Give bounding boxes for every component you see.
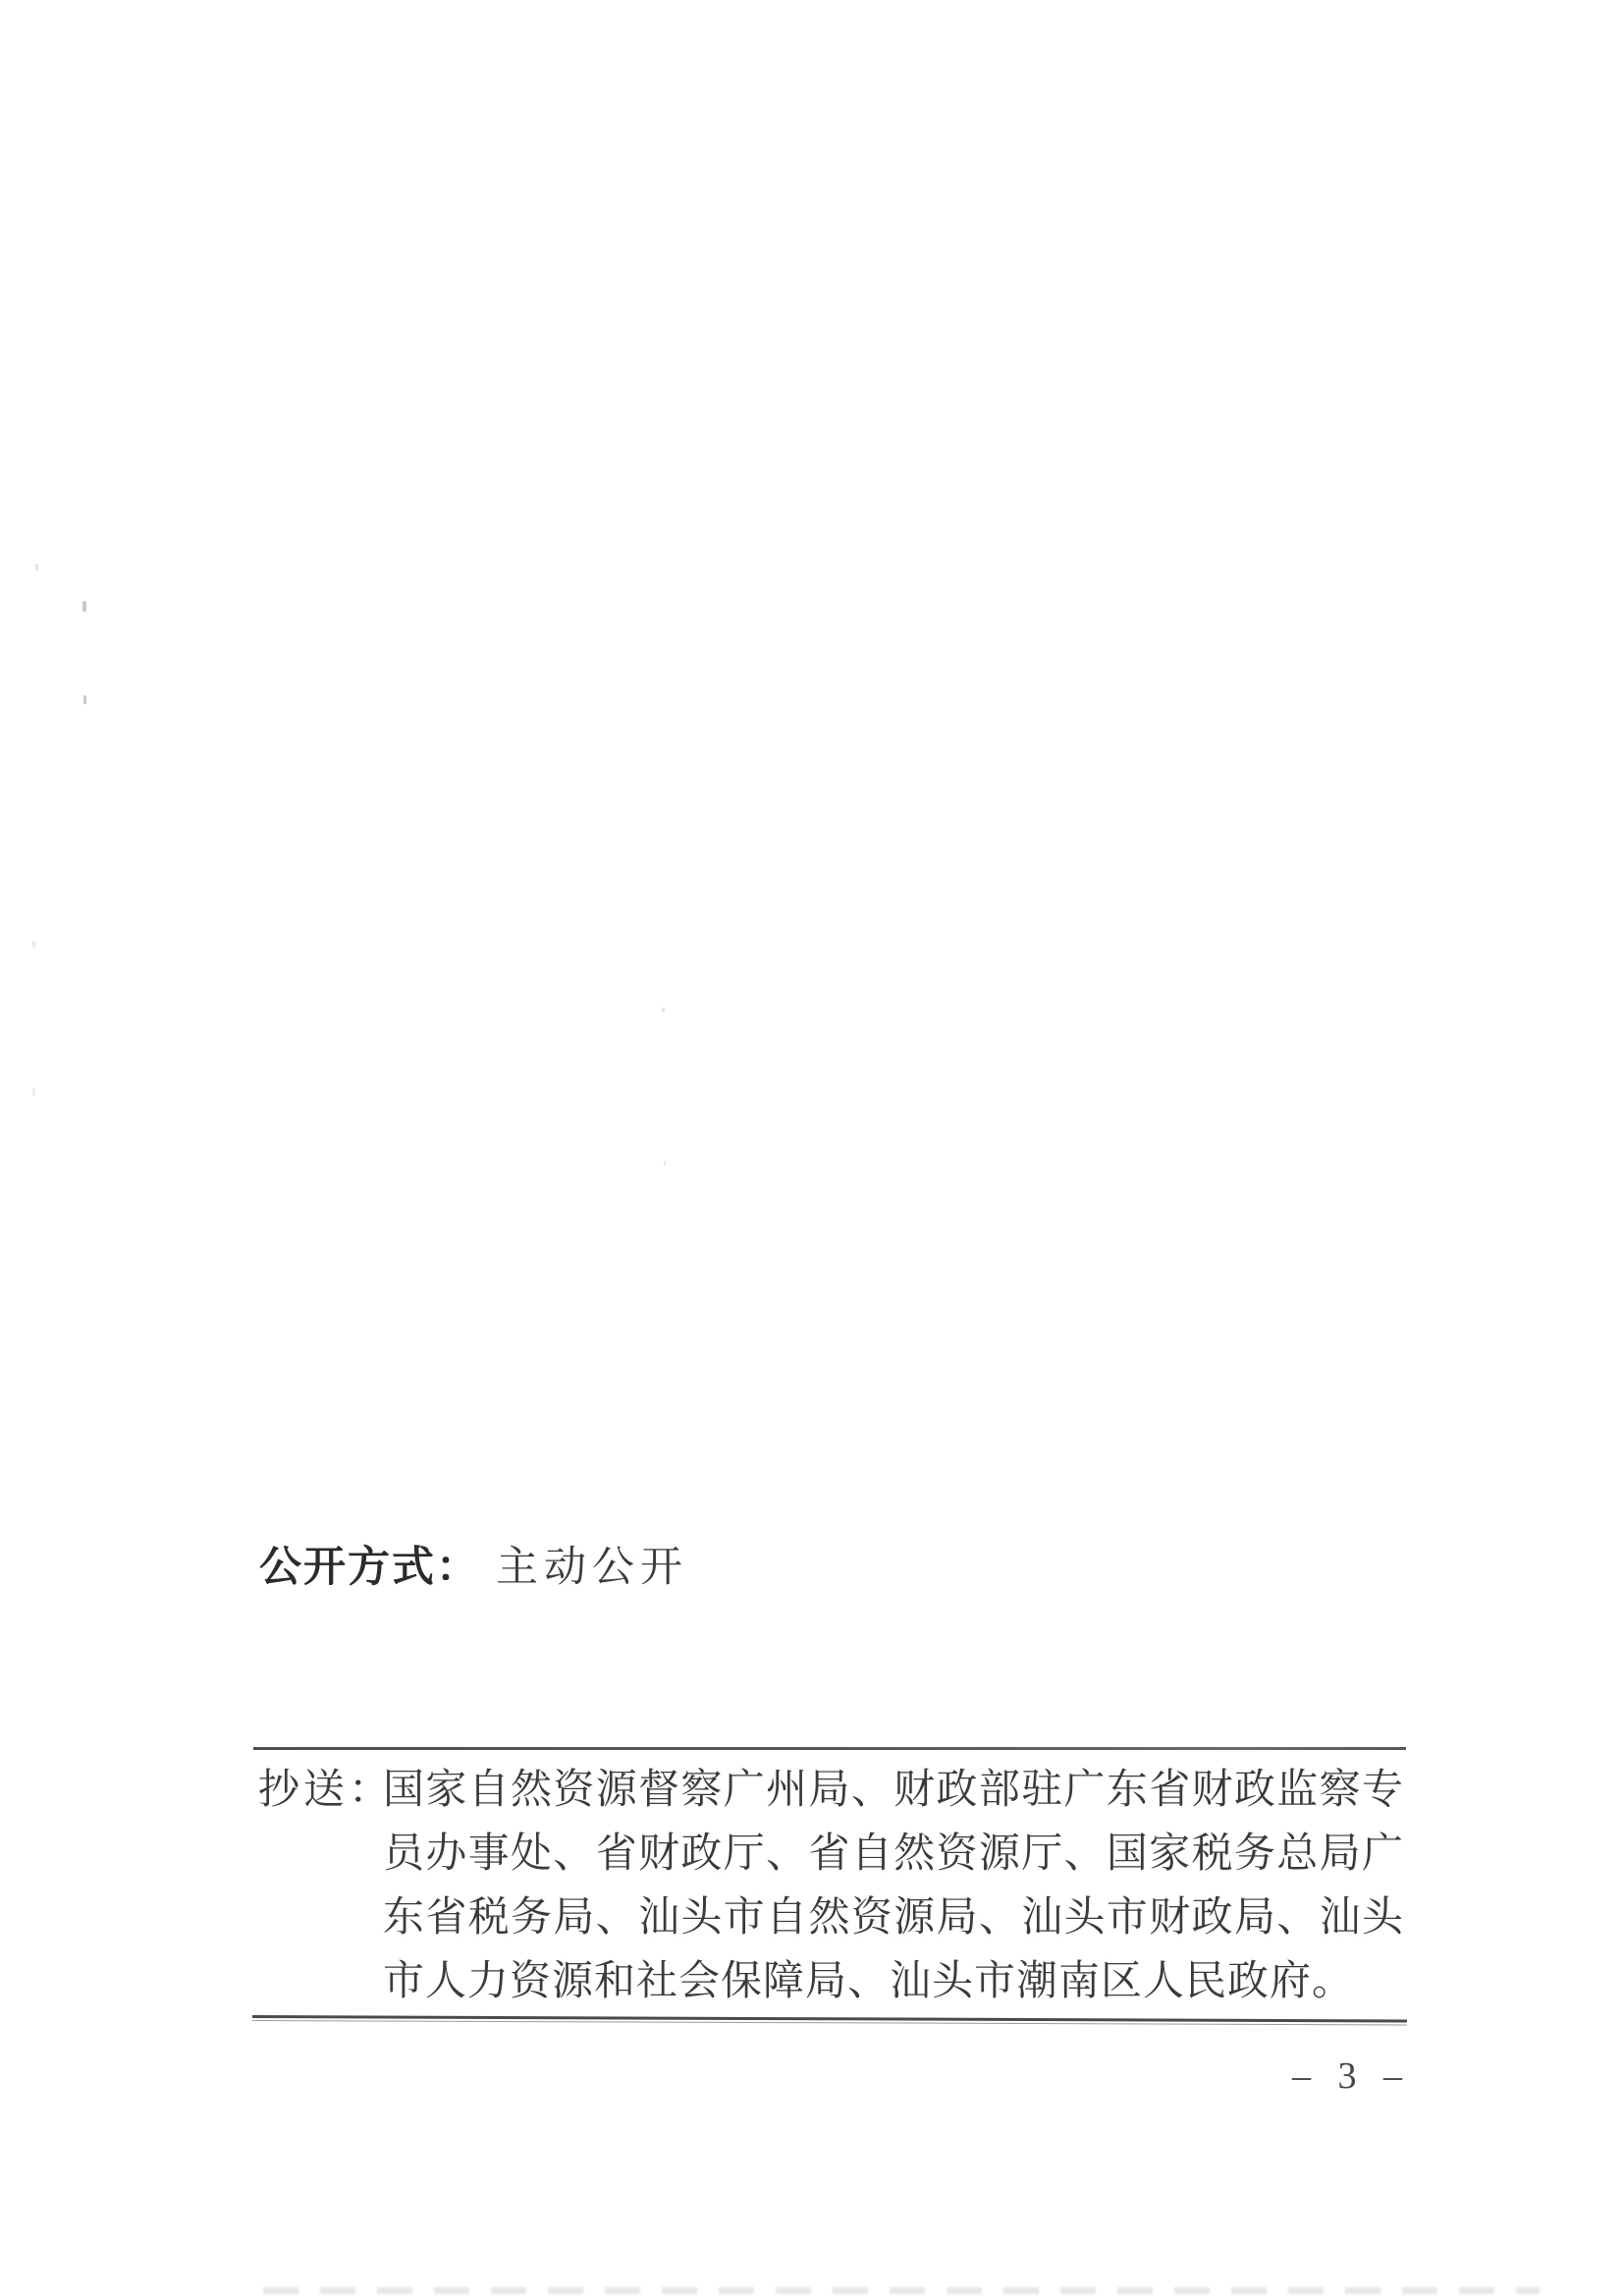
scan-speck (35, 564, 38, 571)
scan-speck (82, 601, 86, 612)
scan-speck (662, 1008, 665, 1012)
cc-divider-top (253, 1747, 1406, 1750)
page-number: – 3 – (1292, 2054, 1410, 2098)
scan-speck (83, 695, 86, 704)
scan-speck (32, 941, 35, 949)
document-page: 公开方式：主动公开 抄送： 国家自然资源督察广州局、财政部驻广东省财政监察专 员… (0, 0, 1623, 2296)
cc-line-3: 东省税务局、汕头市自然资源局、汕头市财政局、汕头 (383, 1886, 1404, 1950)
scan-speck (32, 1088, 35, 1096)
cc-divider-bottom (252, 2015, 1407, 2026)
cc-recipient-list: 国家自然资源督察广州局、财政部驻广东省财政监察专 员办事处、省财政厅、省自然资源… (383, 1759, 1404, 2014)
cut-off-text-artifact (263, 2287, 1540, 2294)
cc-label: 抄送： (258, 1759, 394, 1823)
cc-line-4: 市人力资源和社会保障局、汕头市潮南区人民政府。 (383, 1950, 1404, 2014)
cc-line-2: 员办事处、省财政厅、省自然资源厅、国家税务总局广 (383, 1823, 1404, 1886)
scan-speck (664, 1161, 666, 1166)
cc-line-1: 国家自然资源督察广州局、财政部驻广东省财政监察专 (383, 1759, 1404, 1823)
publication-method-value: 主动公开 (496, 1545, 688, 1591)
publication-method-line: 公开方式：主动公开 (259, 1544, 688, 1591)
publication-method-label: 公开方式： (259, 1544, 480, 1591)
